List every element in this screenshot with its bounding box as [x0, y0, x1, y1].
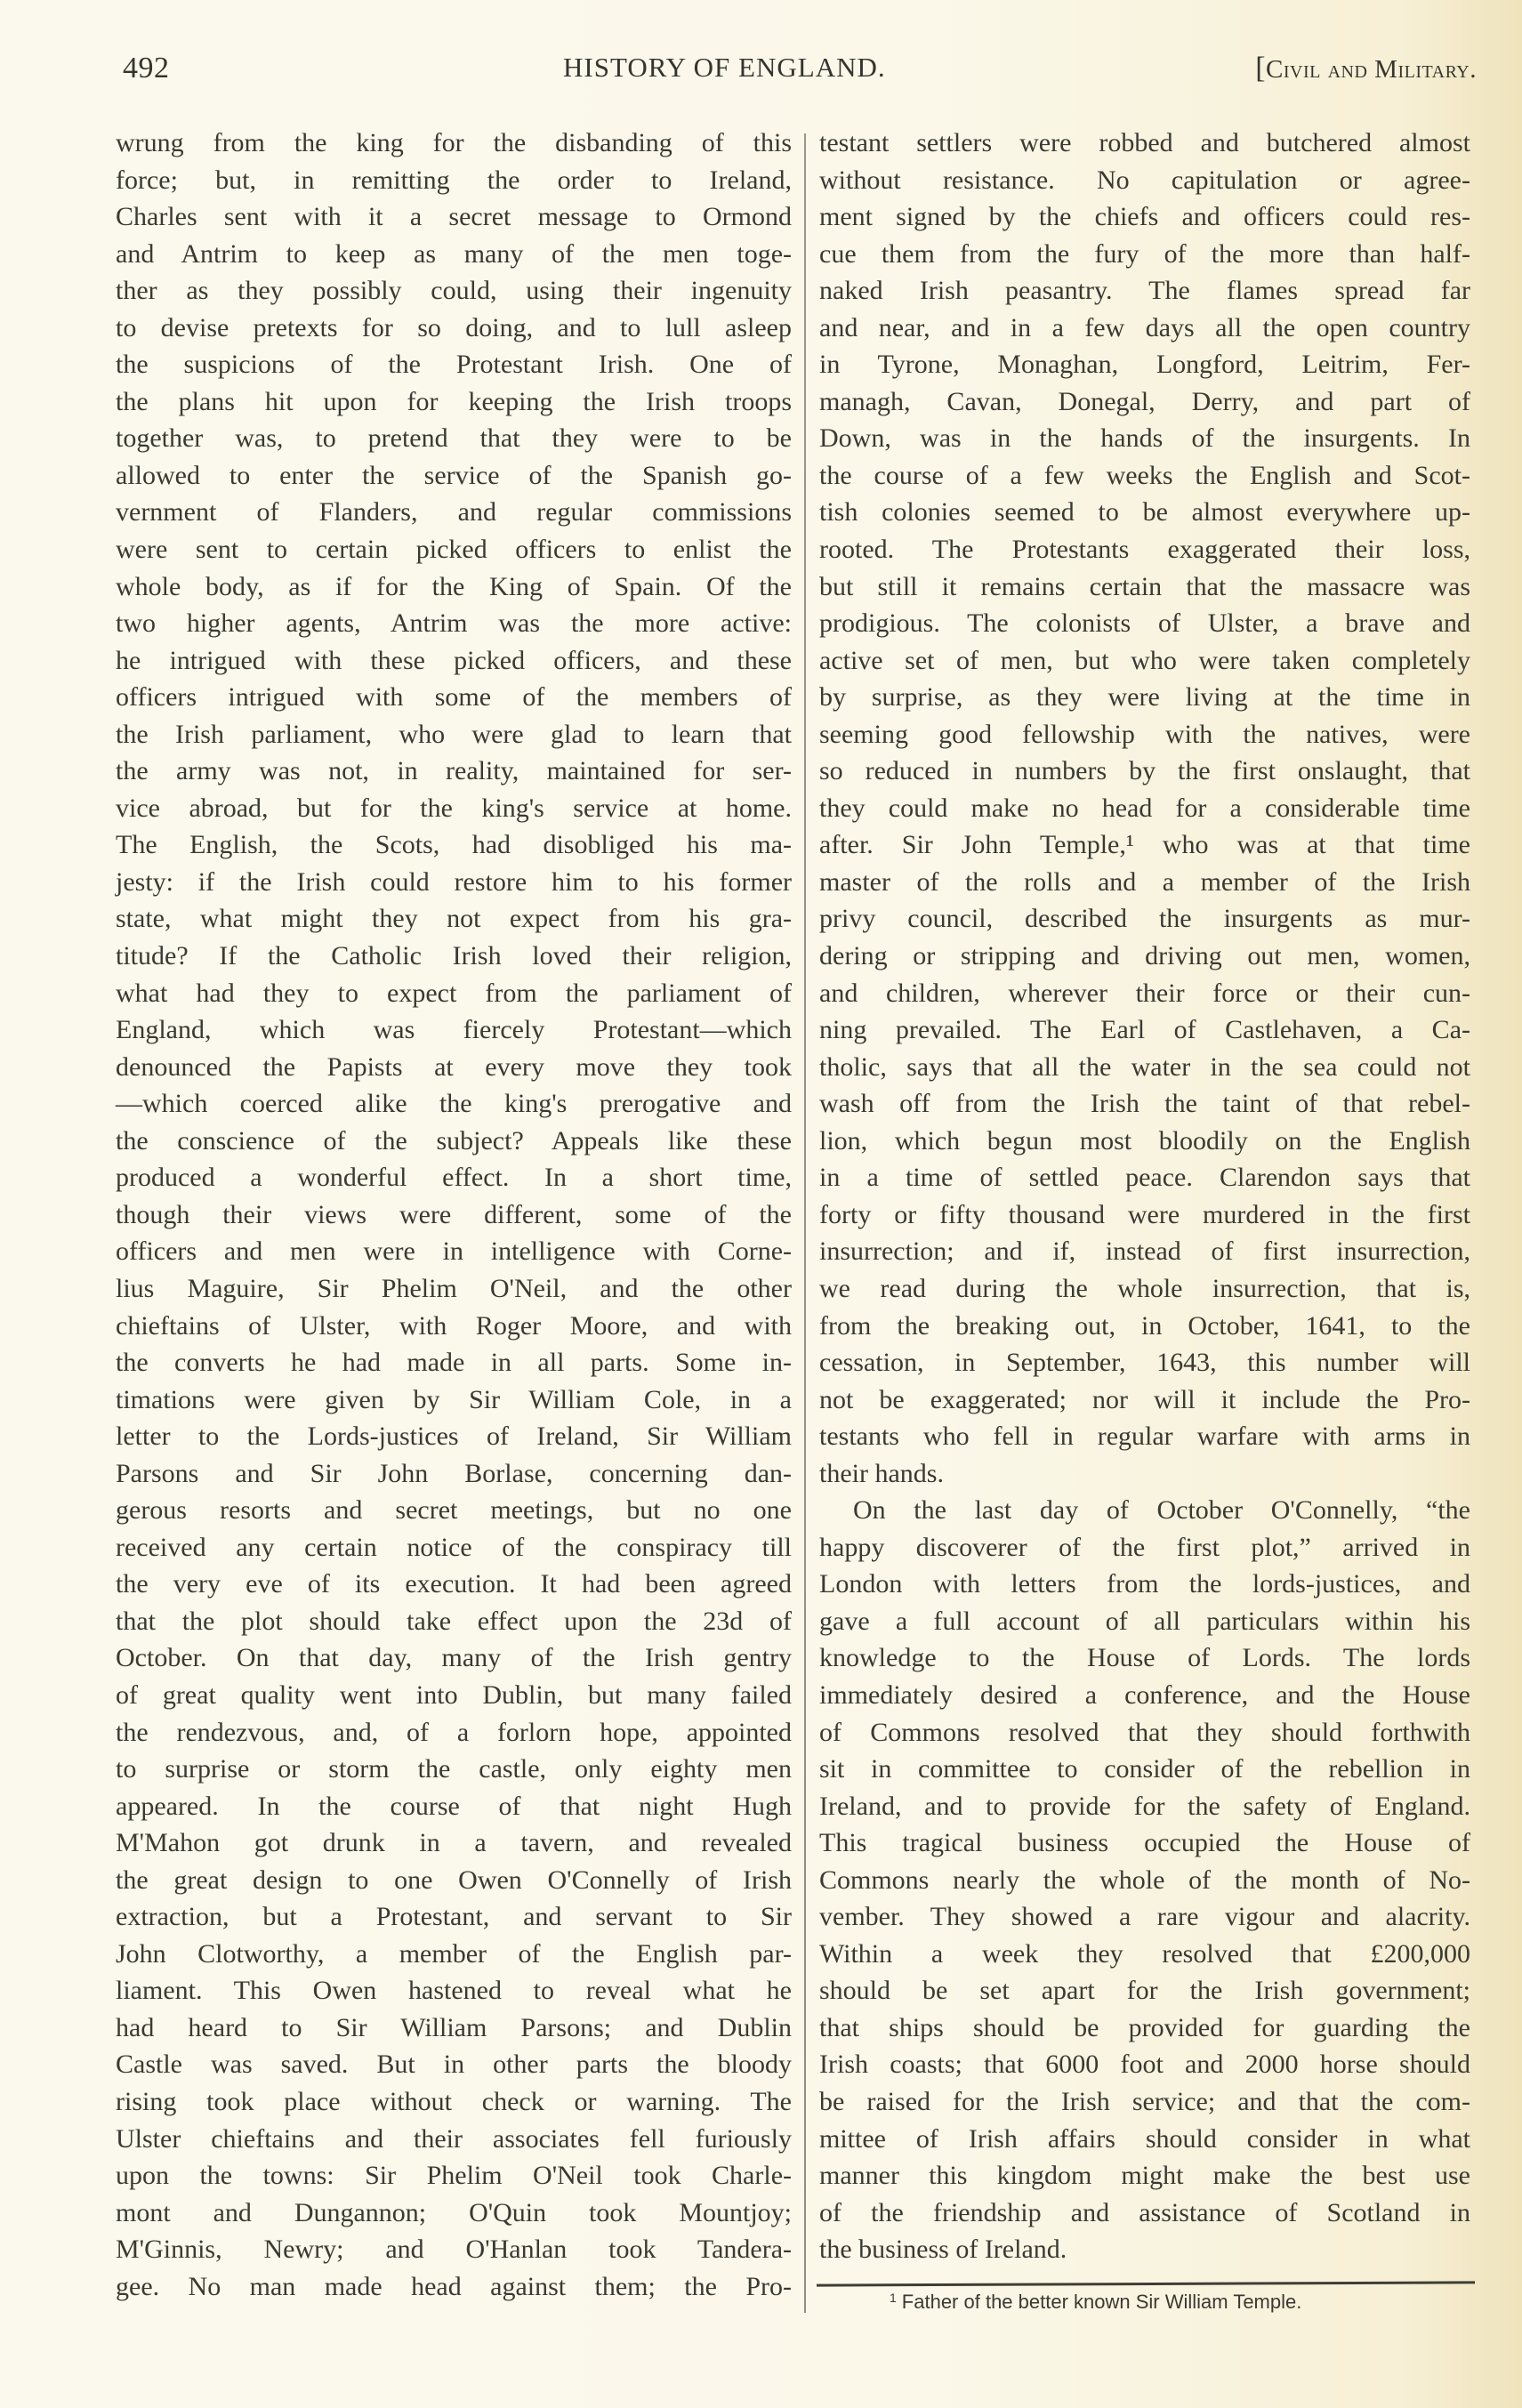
text-line: the course of a few weeks the English an… [819, 457, 1470, 495]
text-line: allowed to enter the service of the Span… [116, 457, 792, 495]
text-line: so reduced in numbers by the first onsla… [819, 753, 1470, 790]
text-line: from the breaking out, in October, 1641,… [819, 1308, 1470, 1345]
text-line: he intrigued with these picked officers,… [116, 642, 792, 680]
text-line: not be exaggerated; nor will it include … [819, 1381, 1470, 1419]
text-line: gave a full account of all particulars w… [819, 1603, 1470, 1640]
text-line: officers intrigued with some of the memb… [116, 679, 792, 716]
text-line: the very eve of its execution. It had be… [116, 1566, 792, 1603]
text-line: immediately desired a conference, and th… [819, 1677, 1470, 1714]
text-line: cue them from the fury of the more than … [819, 236, 1470, 273]
text-line: should be set apart for the Irish govern… [819, 1972, 1470, 2009]
text-line: Charles sent with it a secret message to… [116, 198, 792, 236]
text-line: wash off from the Irish the taint of tha… [819, 1085, 1470, 1123]
text-line: insurrection; and if, instead of first i… [819, 1233, 1470, 1270]
text-line: denounced the Papists at every move they… [116, 1049, 792, 1086]
text-line: Ireland, and to provide for the safety o… [819, 1788, 1470, 1825]
text-line: chieftains of Ulster, with Roger Moore, … [116, 1308, 792, 1345]
text-line: the great design to one Owen O'Connelly … [116, 1862, 792, 1899]
text-line: dering or stripping and driving out men,… [819, 938, 1470, 975]
text-line: that the plot should take effect upon th… [116, 1603, 792, 1640]
text-line: Down, was in the hands of the insurgents… [819, 420, 1470, 457]
text-line: sit in committee to consider of the rebe… [819, 1751, 1470, 1788]
text-line: John Clotworthy, a member of the English… [116, 1936, 792, 1973]
text-line: October. On that day, many of the Irish … [116, 1639, 792, 1677]
right-column: testant settlers were robbed and butcher… [819, 125, 1470, 2268]
text-line: timations were given by Sir William Cole… [116, 1381, 792, 1419]
section-heading: [Civil and Military. [1255, 52, 1477, 85]
text-line: of Commons resolved that they should for… [819, 1714, 1470, 1752]
text-line: M'Ginnis, Newry; and O'Hanlan took Tande… [116, 2231, 792, 2268]
footnote: 1Father of the better known Sir William … [890, 2291, 1301, 2314]
text-line: state, what might they not expect from h… [116, 900, 792, 938]
running-header: 492 HISTORY OF ENGLAND. [Civil and Milit… [123, 52, 1477, 87]
text-line: master of the rolls and a member of the … [819, 864, 1470, 901]
text-line: to surprise or storm the castle, only ei… [116, 1751, 792, 1788]
text-line: vernment of Flanders, and regular commis… [116, 494, 792, 531]
text-line: lius Maguire, Sir Phelim O'Neil, and the… [116, 1270, 792, 1308]
text-line: tish colonies seemed to be almost everyw… [819, 494, 1470, 531]
text-line: had heard to Sir William Parsons; and Du… [116, 2009, 792, 2047]
text-line: whole body, as if for the King of Spain.… [116, 568, 792, 606]
text-line: England, which was fiercely Protestant—w… [116, 1011, 792, 1049]
text-line: Castle was saved. But in other parts the… [116, 2046, 792, 2083]
text-line: after. Sir John Temple,¹ who was at that… [819, 826, 1470, 864]
text-line: ning prevailed. The Earl of Castlehaven,… [819, 1011, 1470, 1049]
text-line: titude? If the Catholic Irish loved thei… [116, 938, 792, 975]
text-line: the suspicions of the Protestant Irish. … [116, 346, 792, 383]
left-column: wrung from the king for the disbanding o… [116, 125, 792, 2305]
text-line: the rendezvous, and, of a forlorn hope, … [116, 1714, 792, 1752]
text-line: letter to the Lords-justices of Ireland,… [116, 1418, 792, 1455]
text-line: and Antrim to keep as many of the men to… [116, 236, 792, 273]
text-line: in a time of settled peace. Clarendon sa… [819, 1159, 1470, 1196]
footnote-text: Father of the better known Sir William T… [902, 2291, 1302, 2313]
text-line: ment signed by the chiefs and officers c… [819, 198, 1470, 236]
text-line: but still it remains certain that the ma… [819, 568, 1470, 606]
text-line: naked Irish peasantry. The flames spread… [819, 272, 1470, 310]
text-line: though their views were different, some … [116, 1196, 792, 1234]
text-line: gerous resorts and secret meetings, but … [116, 1492, 792, 1529]
text-line: the plans hit upon for keeping the Irish… [116, 383, 792, 421]
text-line: force; but, in remitting the order to Ir… [116, 162, 792, 199]
text-line: the army was not, in reality, maintained… [116, 753, 792, 790]
text-line: and children, wherever their force or th… [819, 975, 1470, 1012]
text-line: tholic, says that all the water in the s… [819, 1049, 1470, 1086]
text-line: M'Mahon got drunk in a tavern, and revea… [116, 1824, 792, 1862]
text-line: Parsons and Sir John Borlase, concerning… [116, 1455, 792, 1493]
text-line: lion, which begun most bloodily on the E… [819, 1123, 1470, 1160]
section-bracket: [ [1255, 52, 1266, 85]
text-line: by surprise, as they were living at the … [819, 679, 1470, 716]
footnote-marker: 1 [890, 2291, 897, 2305]
text-line: were sent to certain picked officers to … [116, 531, 792, 568]
text-line: Within a week they resolved that £200,00… [819, 1936, 1470, 1973]
text-line: that ships should be provided for guardi… [819, 2009, 1470, 2047]
text-line: cessation, in September, 1643, this numb… [819, 1344, 1470, 1381]
text-line: rooted. The Protestants exaggerated thei… [819, 531, 1470, 568]
text-line: Ulster chieftains and their associates f… [116, 2121, 792, 2158]
text-line: mont and Dungannon; O'Quin took Mountjoy… [116, 2195, 792, 2232]
text-line: wrung from the king for the disbanding o… [116, 125, 792, 162]
text-line: be raised for the Irish service; and tha… [819, 2083, 1470, 2121]
text-line: the converts he had made in all parts. S… [116, 1344, 792, 1381]
page-number: 492 [123, 52, 170, 85]
text-line: testant settlers were robbed and butcher… [819, 125, 1470, 162]
text-line: Irish coasts; that 6000 foot and 2000 ho… [819, 2046, 1470, 2083]
section-label: Civil and Military. [1266, 55, 1477, 84]
text-line: in Tyrone, Monaghan, Longford, Leitrim, … [819, 346, 1470, 383]
text-line: rising took place without check or warni… [116, 2083, 792, 2121]
text-line: two higher agents, Antrim was the more a… [116, 605, 792, 642]
text-line: without resistance. No capitulation or a… [819, 162, 1470, 199]
text-line: privy council, described the insurgents … [819, 900, 1470, 938]
text-line: prodigious. The colonists of Ulster, a b… [819, 605, 1470, 642]
text-line: testants who fell in regular warfare wit… [819, 1418, 1470, 1455]
text-line: and near, and in a few days all the open… [819, 310, 1470, 347]
text-line: The English, the Scots, had disobliged h… [116, 826, 792, 864]
text-line: This tragical business occupied the Hous… [819, 1824, 1470, 1862]
text-line: what had they to expect from the parliam… [116, 975, 792, 1012]
column-rule [804, 133, 806, 2313]
text-line: Commons nearly the whole of the month of… [819, 1862, 1470, 1899]
text-line: we read during the whole insurrection, t… [819, 1270, 1470, 1308]
text-line: active set of men, but who were taken co… [819, 642, 1470, 680]
text-line: of great quality went into Dublin, but m… [116, 1677, 792, 1714]
text-line: managh, Cavan, Donegal, Derry, and part … [819, 383, 1470, 421]
text-line: vember. They showed a rare vigour and al… [819, 1898, 1470, 1936]
text-line: produced a wonderful effect. In a short … [116, 1159, 792, 1196]
text-line: together was, to pretend that they were … [116, 420, 792, 457]
text-line: vice abroad, but for the king's service … [116, 790, 792, 827]
text-line: the conscience of the subject? Appeals l… [116, 1123, 792, 1160]
text-line: forty or fifty thousand were murdered in… [819, 1196, 1470, 1234]
text-line: their hands. [819, 1455, 1470, 1493]
book-page: 492 HISTORY OF ENGLAND. [Civil and Milit… [0, 0, 1522, 2408]
footnote-rule [817, 2281, 1475, 2286]
text-line: upon the towns: Sir Phelim O'Neil took C… [116, 2157, 792, 2195]
text-line: officers and men were in intelligence wi… [116, 1233, 792, 1270]
text-line: the Irish parliament, who were glad to l… [116, 716, 792, 753]
text-line: happy discoverer of the first plot,” arr… [819, 1529, 1470, 1566]
text-line: —which coerced alike the king's prerogat… [116, 1085, 792, 1123]
text-line: of the friendship and assistance of Scot… [819, 2195, 1470, 2232]
text-line: gee. No man made head against them; the … [116, 2268, 792, 2306]
text-line: received any certain notice of the consp… [116, 1529, 792, 1566]
text-line: appeared. In the course of that night Hu… [116, 1788, 792, 1825]
text-line: knowledge to the House of Lords. The lor… [819, 1639, 1470, 1677]
running-title: HISTORY OF ENGLAND. [563, 52, 886, 84]
text-line: manner this kingdom might make the best … [819, 2157, 1470, 2195]
text-line: seeming good fellowship with the natives… [819, 716, 1470, 753]
text-line: liament. This Owen hastened to reveal wh… [116, 1972, 792, 2009]
text-line: to devise pretexts for so doing, and to … [116, 310, 792, 347]
text-line: On the last day of October O'Connelly, “… [819, 1492, 1470, 1529]
text-line: ther as they possibly could, using their… [116, 272, 792, 310]
text-line: jesty: if the Irish could restore him to… [116, 864, 792, 901]
text-line: mittee of Irish affairs should consider … [819, 2121, 1470, 2158]
text-line: the business of Ireland. [819, 2231, 1470, 2268]
text-line: London with letters from the lords-justi… [819, 1566, 1470, 1603]
text-line: extraction, but a Protestant, and servan… [116, 1898, 792, 1936]
text-line: they could make no head for a considerab… [819, 790, 1470, 827]
